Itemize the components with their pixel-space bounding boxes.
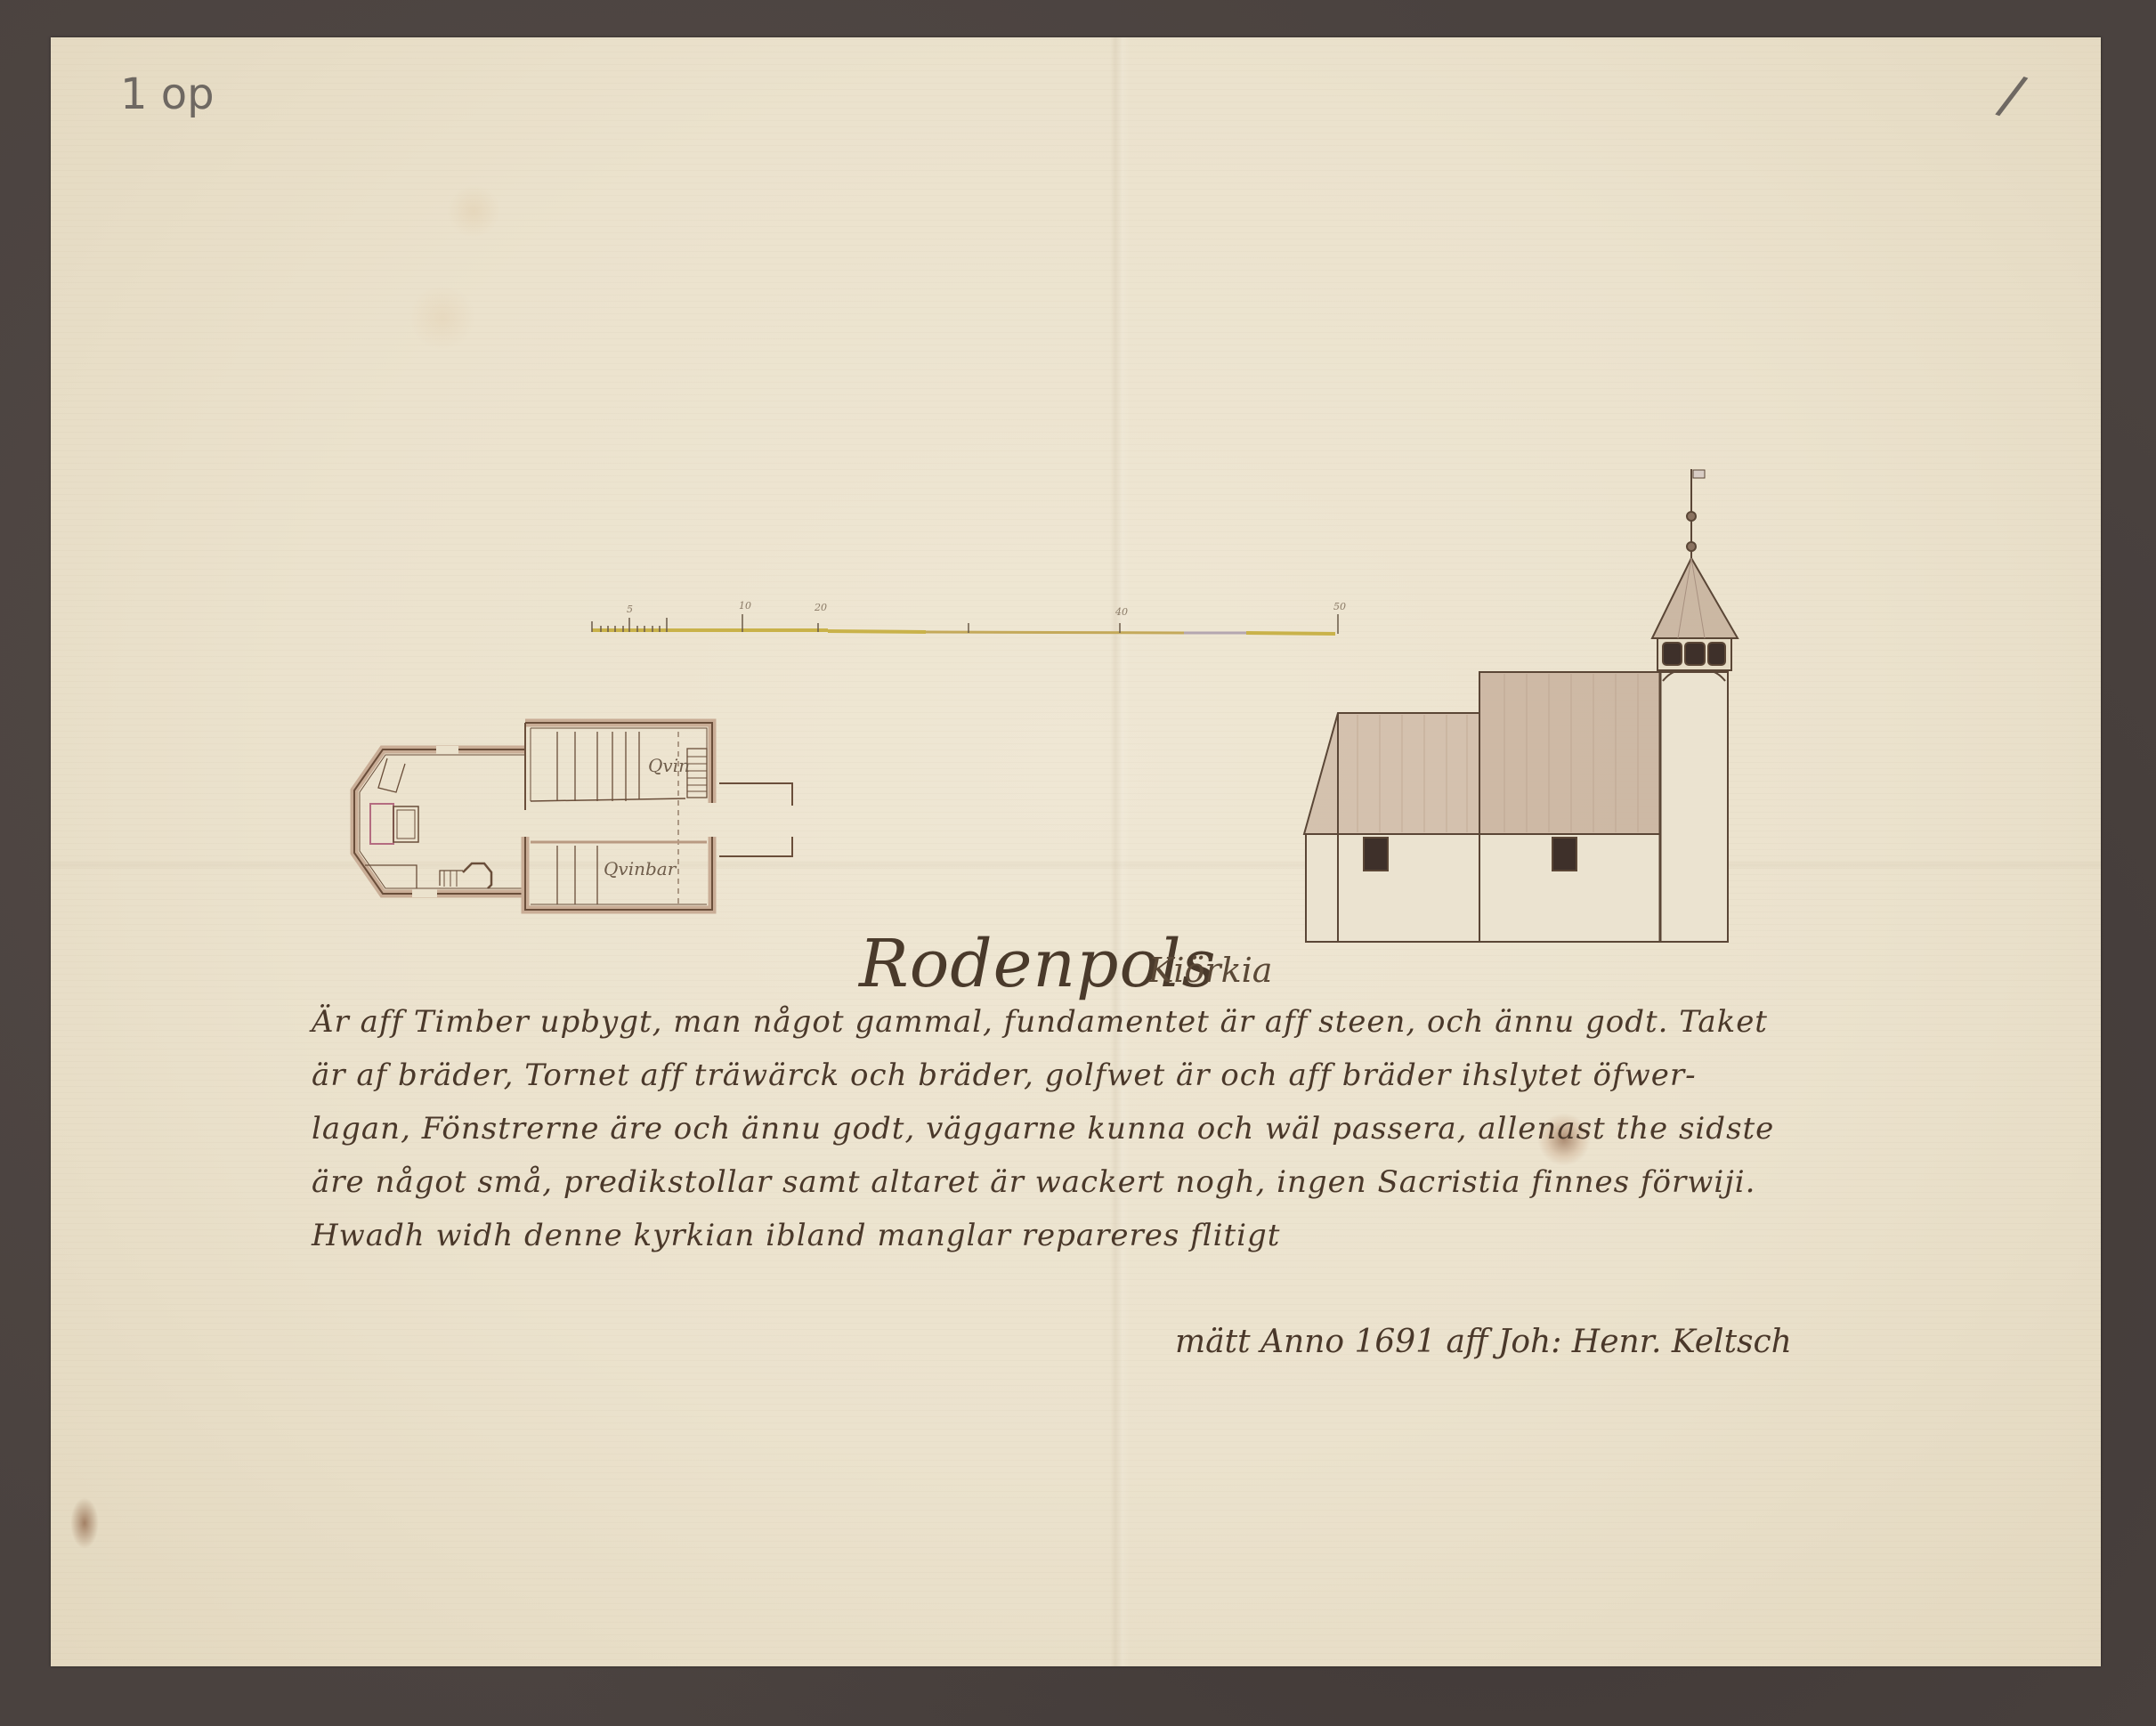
svg-text:40: 40 (1114, 606, 1128, 618)
plan-label-lower: Qvinbar (604, 858, 676, 879)
body-line-5: Hwadh widh denne kyrkian ibland manglar … (312, 1218, 1280, 1253)
body-line-1: Är aff Timber upbygt, man något gammal, … (312, 1004, 1768, 1040)
svg-text:10: 10 (739, 600, 751, 612)
plan-label-upper: Qvin (648, 755, 690, 776)
drawing-layer: 5 10 20 40 50 (0, 0, 2156, 1726)
body-line-3: lagan, Fönstrerne äre och ännu godt, väg… (312, 1111, 1774, 1147)
floor-plan (354, 723, 792, 910)
svg-text:5: 5 (627, 604, 633, 615)
church-elevation (1304, 469, 1738, 942)
body-line-4: äre något små, predikstollar samt altare… (312, 1164, 1755, 1200)
svg-text:20: 20 (814, 602, 827, 613)
signature-line: mätt Anno 1691 aff Joh: Henr. Keltsch (1175, 1324, 1792, 1360)
body-line-2: är af bräder, Tornet aff träwärck och br… (312, 1057, 1697, 1093)
scale-bar-labels: 5 10 20 40 50 (627, 600, 1346, 618)
scale-bar (592, 614, 1338, 634)
document-subtitle: Kiörkia (1148, 951, 1272, 990)
svg-text:50: 50 (1333, 601, 1346, 612)
